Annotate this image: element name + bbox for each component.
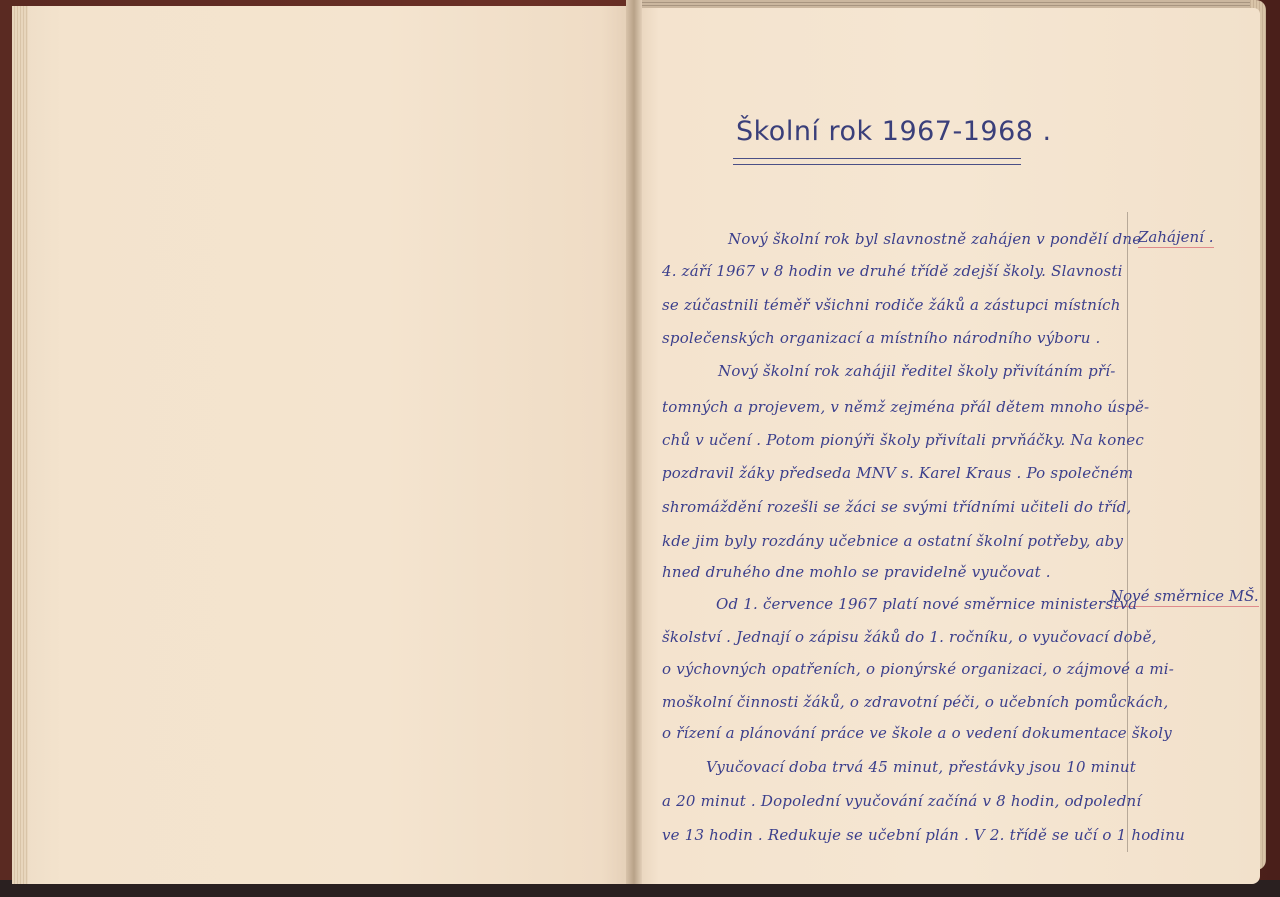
text-line: hned druhého dne mohlo se pravidelně vyu…	[662, 563, 1051, 581]
text-line: Vyučovací doba trvá 45 minut, přestávky …	[706, 758, 1136, 776]
text-line: a 20 minut . Dopolední vyučování začíná …	[662, 792, 1141, 810]
text-line: se zúčastnili téměř všichni rodiče žáků …	[662, 296, 1121, 314]
left-page-blank	[12, 6, 632, 884]
text-line: o výchovných opatřeních, o pionýrské org…	[662, 660, 1174, 678]
text-line: Od 1. července 1967 platí nové směrnice …	[716, 595, 1137, 613]
text-line: Nový školní rok byl slavnostně zahájen v…	[728, 230, 1141, 248]
text-line: 4. září 1967 v 8 hodin ve druhé třídě zd…	[662, 262, 1123, 280]
title-double-underline	[733, 158, 1021, 165]
text-line: o řízení a plánování práce ve škole a o …	[662, 724, 1172, 742]
text-line: Nový školní rok zahájil ředitel školy př…	[718, 362, 1116, 380]
text-line: tomných a projevem, v němž zejména přál …	[662, 398, 1149, 416]
margin-note-zahajeni: Zahájení .	[1138, 228, 1214, 248]
page-title: Školní rok 1967-1968 .	[736, 116, 1052, 147]
left-page-stack-edge	[12, 6, 28, 884]
text-line: společenských organizací a místního náro…	[662, 329, 1101, 347]
text-line: pozdravil žáky předseda MNV s. Karel Kra…	[662, 464, 1133, 482]
text-line: školství . Jednají o zápisu žáků do 1. r…	[662, 628, 1157, 646]
book-gutter	[626, 0, 642, 884]
text-line: ve 13 hodin . Redukuje se učební plán . …	[662, 826, 1185, 844]
text-line: shromáždění rozešli se žáci se svými tří…	[662, 498, 1131, 516]
text-line: kde jim byly rozdány učebnice a ostatní …	[662, 532, 1123, 550]
margin-rule	[1127, 212, 1128, 852]
text-line: chů v učení . Potom pionýři školy přivít…	[662, 431, 1144, 449]
text-line: moškolní činnosti žáků, o zdravotní péči…	[662, 693, 1168, 711]
